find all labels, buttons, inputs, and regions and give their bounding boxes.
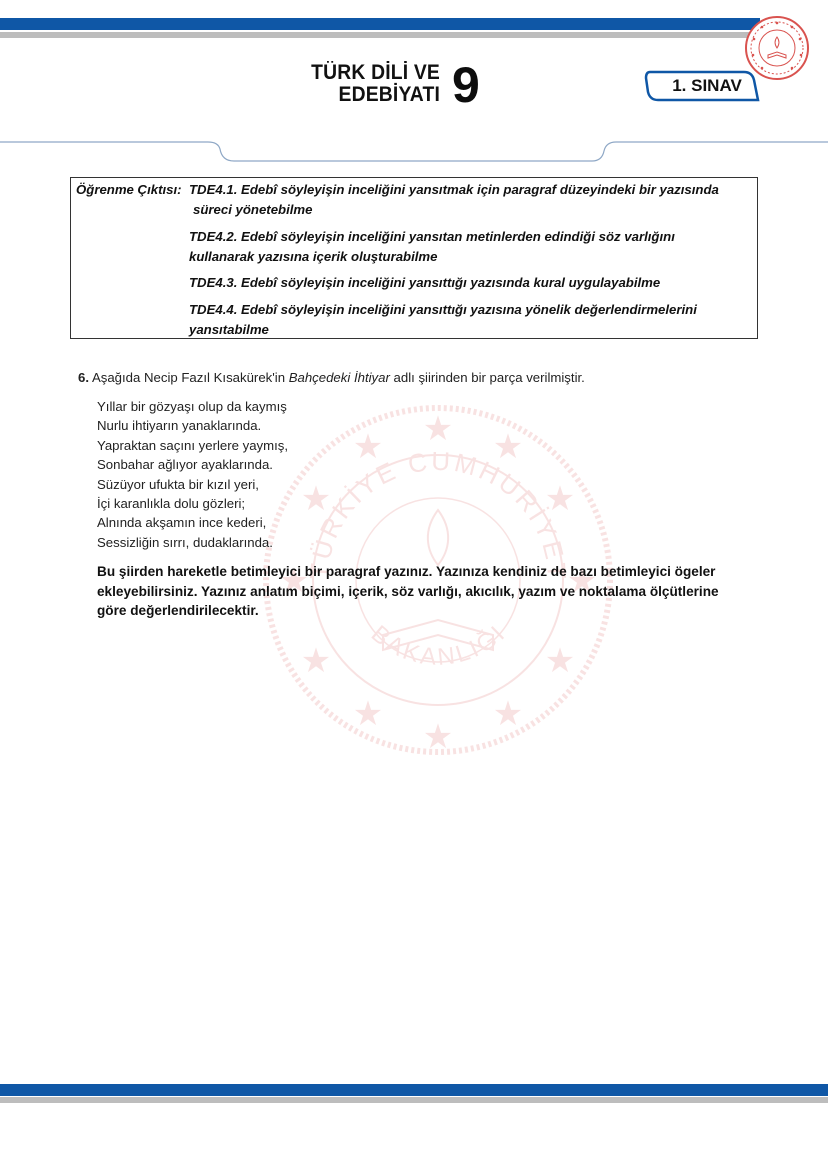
svg-text:★: ★ — [353, 694, 383, 734]
outcome-item: TDE4.1. Edebî söyleyişin inceliğini yans… — [189, 180, 749, 220]
outcome-item: TDE4.3. Edebî söyleyişin inceliğini yans… — [189, 273, 749, 293]
header-gray-stripe — [0, 32, 755, 38]
outcome-text: TDE4.2. Edebî söyleyişin inceliğini yans… — [189, 227, 749, 247]
question-number: 6. — [78, 370, 89, 385]
instruction-line: Bu şiirden hareketle betimleyici bir par… — [97, 562, 757, 582]
svg-text:★: ★ — [423, 409, 453, 449]
poem-line: Yıllar bir gözyaşı olup da kaymış — [97, 397, 288, 416]
footer-blue-stripe — [0, 1084, 828, 1096]
header-divider — [0, 135, 828, 167]
svg-text:BAKANLIĞI: BAKANLIĞI — [366, 619, 512, 671]
header-blue-stripe — [0, 18, 760, 30]
outcome-text: TDE4.1. Edebî söyleyişin inceliğini yans… — [189, 180, 749, 200]
poem-excerpt: Yıllar bir gözyaşı olup da kaymış Nurlu … — [97, 397, 288, 552]
svg-text:TÜRKİYE CUMHURİYETİ MİLLİ EĞİT: TÜRKİYE CUMHURİYETİ MİLLİ EĞİTİM — [258, 400, 572, 583]
learning-outcomes-label: Öğrenme Çıktısı: — [76, 180, 182, 200]
outcome-text: süreci yönetebilme — [189, 200, 749, 220]
outcome-item: TDE4.2. Edebî söyleyişin inceliğini yans… — [189, 227, 749, 267]
svg-text:★: ★ — [545, 641, 575, 681]
question-prompt: 6. Aşağıda Necip Fazıl Kısakürek'in Bahç… — [78, 370, 585, 385]
outcome-text: TDE4.3. Edebî söyleyişin inceliğini yans… — [189, 273, 749, 293]
svg-text:★: ★ — [493, 427, 523, 467]
footer-gray-stripe — [0, 1097, 828, 1103]
outcome-text: TDE4.4. Edebî söyleyişin inceliğini yans… — [189, 300, 749, 320]
instruction-line: göre değerlendirilecektir. — [97, 601, 757, 621]
svg-text:★: ★ — [423, 717, 453, 757]
exam-label-badge: 1. SINAV — [644, 70, 760, 102]
poem-line: Alnında akşamın ince kederi, — [97, 513, 288, 532]
svg-text:★: ★ — [301, 479, 331, 519]
svg-text:★: ★ — [545, 479, 575, 519]
outcome-text: kullanarak yazısına içerik oluşturabilme — [189, 247, 749, 267]
poem-line: Sonbahar ağlıyor ayaklarında. — [97, 455, 288, 474]
poem-line: Sessizliğin sırrı, dudaklarında. — [97, 533, 288, 552]
svg-text:★: ★ — [493, 694, 523, 734]
grade-number: 9 — [452, 58, 480, 112]
outcome-item: TDE4.4. Edebî söyleyişin inceliğini yans… — [189, 300, 749, 340]
exam-label: 1. SINAV — [644, 70, 760, 102]
subject-title-line2: EDEBİYATI — [284, 84, 440, 106]
learning-outcomes-box: Öğrenme Çıktısı: TDE4.1. Edebî söyleyişi… — [70, 177, 758, 339]
poem-title: Bahçedeki İhtiyar — [289, 370, 390, 385]
poem-line: İçi karanlıkla dolu gözleri; — [97, 494, 288, 513]
subject-title-line1: TÜRK DİLİ VE — [284, 62, 440, 84]
outcome-text: yansıtabilme — [189, 320, 749, 340]
question-intro-text: Aşağıda Necip Fazıl Kısakürek'in — [92, 370, 289, 385]
poem-line: Yapraktan saçını yerlere yaymış, — [97, 436, 288, 455]
svg-text:★: ★ — [353, 427, 383, 467]
svg-text:★: ★ — [301, 641, 331, 681]
writing-instruction: Bu şiirden hareketle betimleyici bir par… — [97, 562, 757, 621]
question-intro-text: adlı şiirinden bir parça verilmiştir. — [390, 370, 585, 385]
instruction-line: ekleyebilirsiniz. Yazınız anlatım biçimi… — [97, 582, 757, 602]
poem-line: Nurlu ihtiyarın yanaklarında. — [97, 416, 288, 435]
subject-title: TÜRK DİLİ VE EDEBİYATI — [284, 62, 440, 106]
poem-line: Süzüyor ufukta bir kızıl yeri, — [97, 475, 288, 494]
